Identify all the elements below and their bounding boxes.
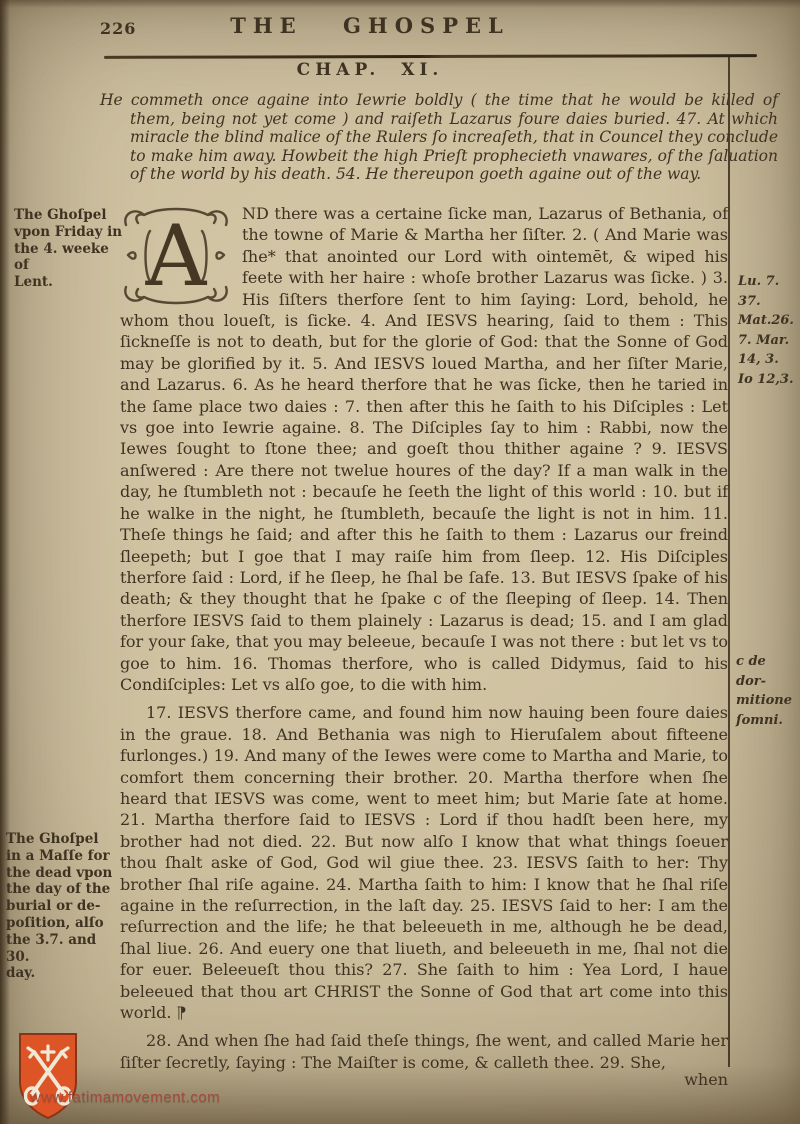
header-rule (104, 54, 757, 59)
catchword: when (0, 1070, 728, 1089)
decorated-initial-A: A (120, 205, 232, 307)
paragraph-verses-1-16: A ND there was a certaine ſicke man, Laz… (120, 203, 728, 695)
scanned-book-page: 226 THE GHOSPEL CHAP. XI. He commeth onc… (0, 0, 800, 1124)
running-title: THE GHOSPEL (0, 13, 740, 38)
margin-note-de-dormitione: c de dor- mitione ſomni. (736, 652, 798, 730)
chapter-heading: CHAP. XI. (0, 60, 740, 80)
svg-text:A: A (145, 207, 208, 305)
paragraph-verses-28-29: 28. And when ſhe had ſaid theſe things, … (120, 1030, 728, 1073)
margin-note-mass-for-dead: The Ghoſpel in a Maſſe for the dead vpon… (6, 831, 124, 982)
crossed-keys-shield-icon (16, 1030, 80, 1120)
drop-cap-ornament-icon: A (120, 205, 232, 307)
main-text-column: A ND there was a certaine ſicke man, Laz… (120, 203, 728, 1073)
column-divider-rule (728, 57, 730, 1067)
margin-note-lent-gospel: The Ghoſpel vpon Friday in the 4. weeke … (14, 207, 124, 291)
paragraph-verses-17-27: 17. IESVS therfore came, and found him n… (120, 702, 728, 1023)
watermark-url: www.fatimamovement.com (30, 1089, 220, 1106)
margin-note-scripture-refs: Lu. 7. 37. Mat.26. 7. Mar. 14, 3. Io 12,… (738, 272, 798, 389)
chapter-argument: He commeth once againe into Iewrie boldl… (100, 91, 778, 184)
